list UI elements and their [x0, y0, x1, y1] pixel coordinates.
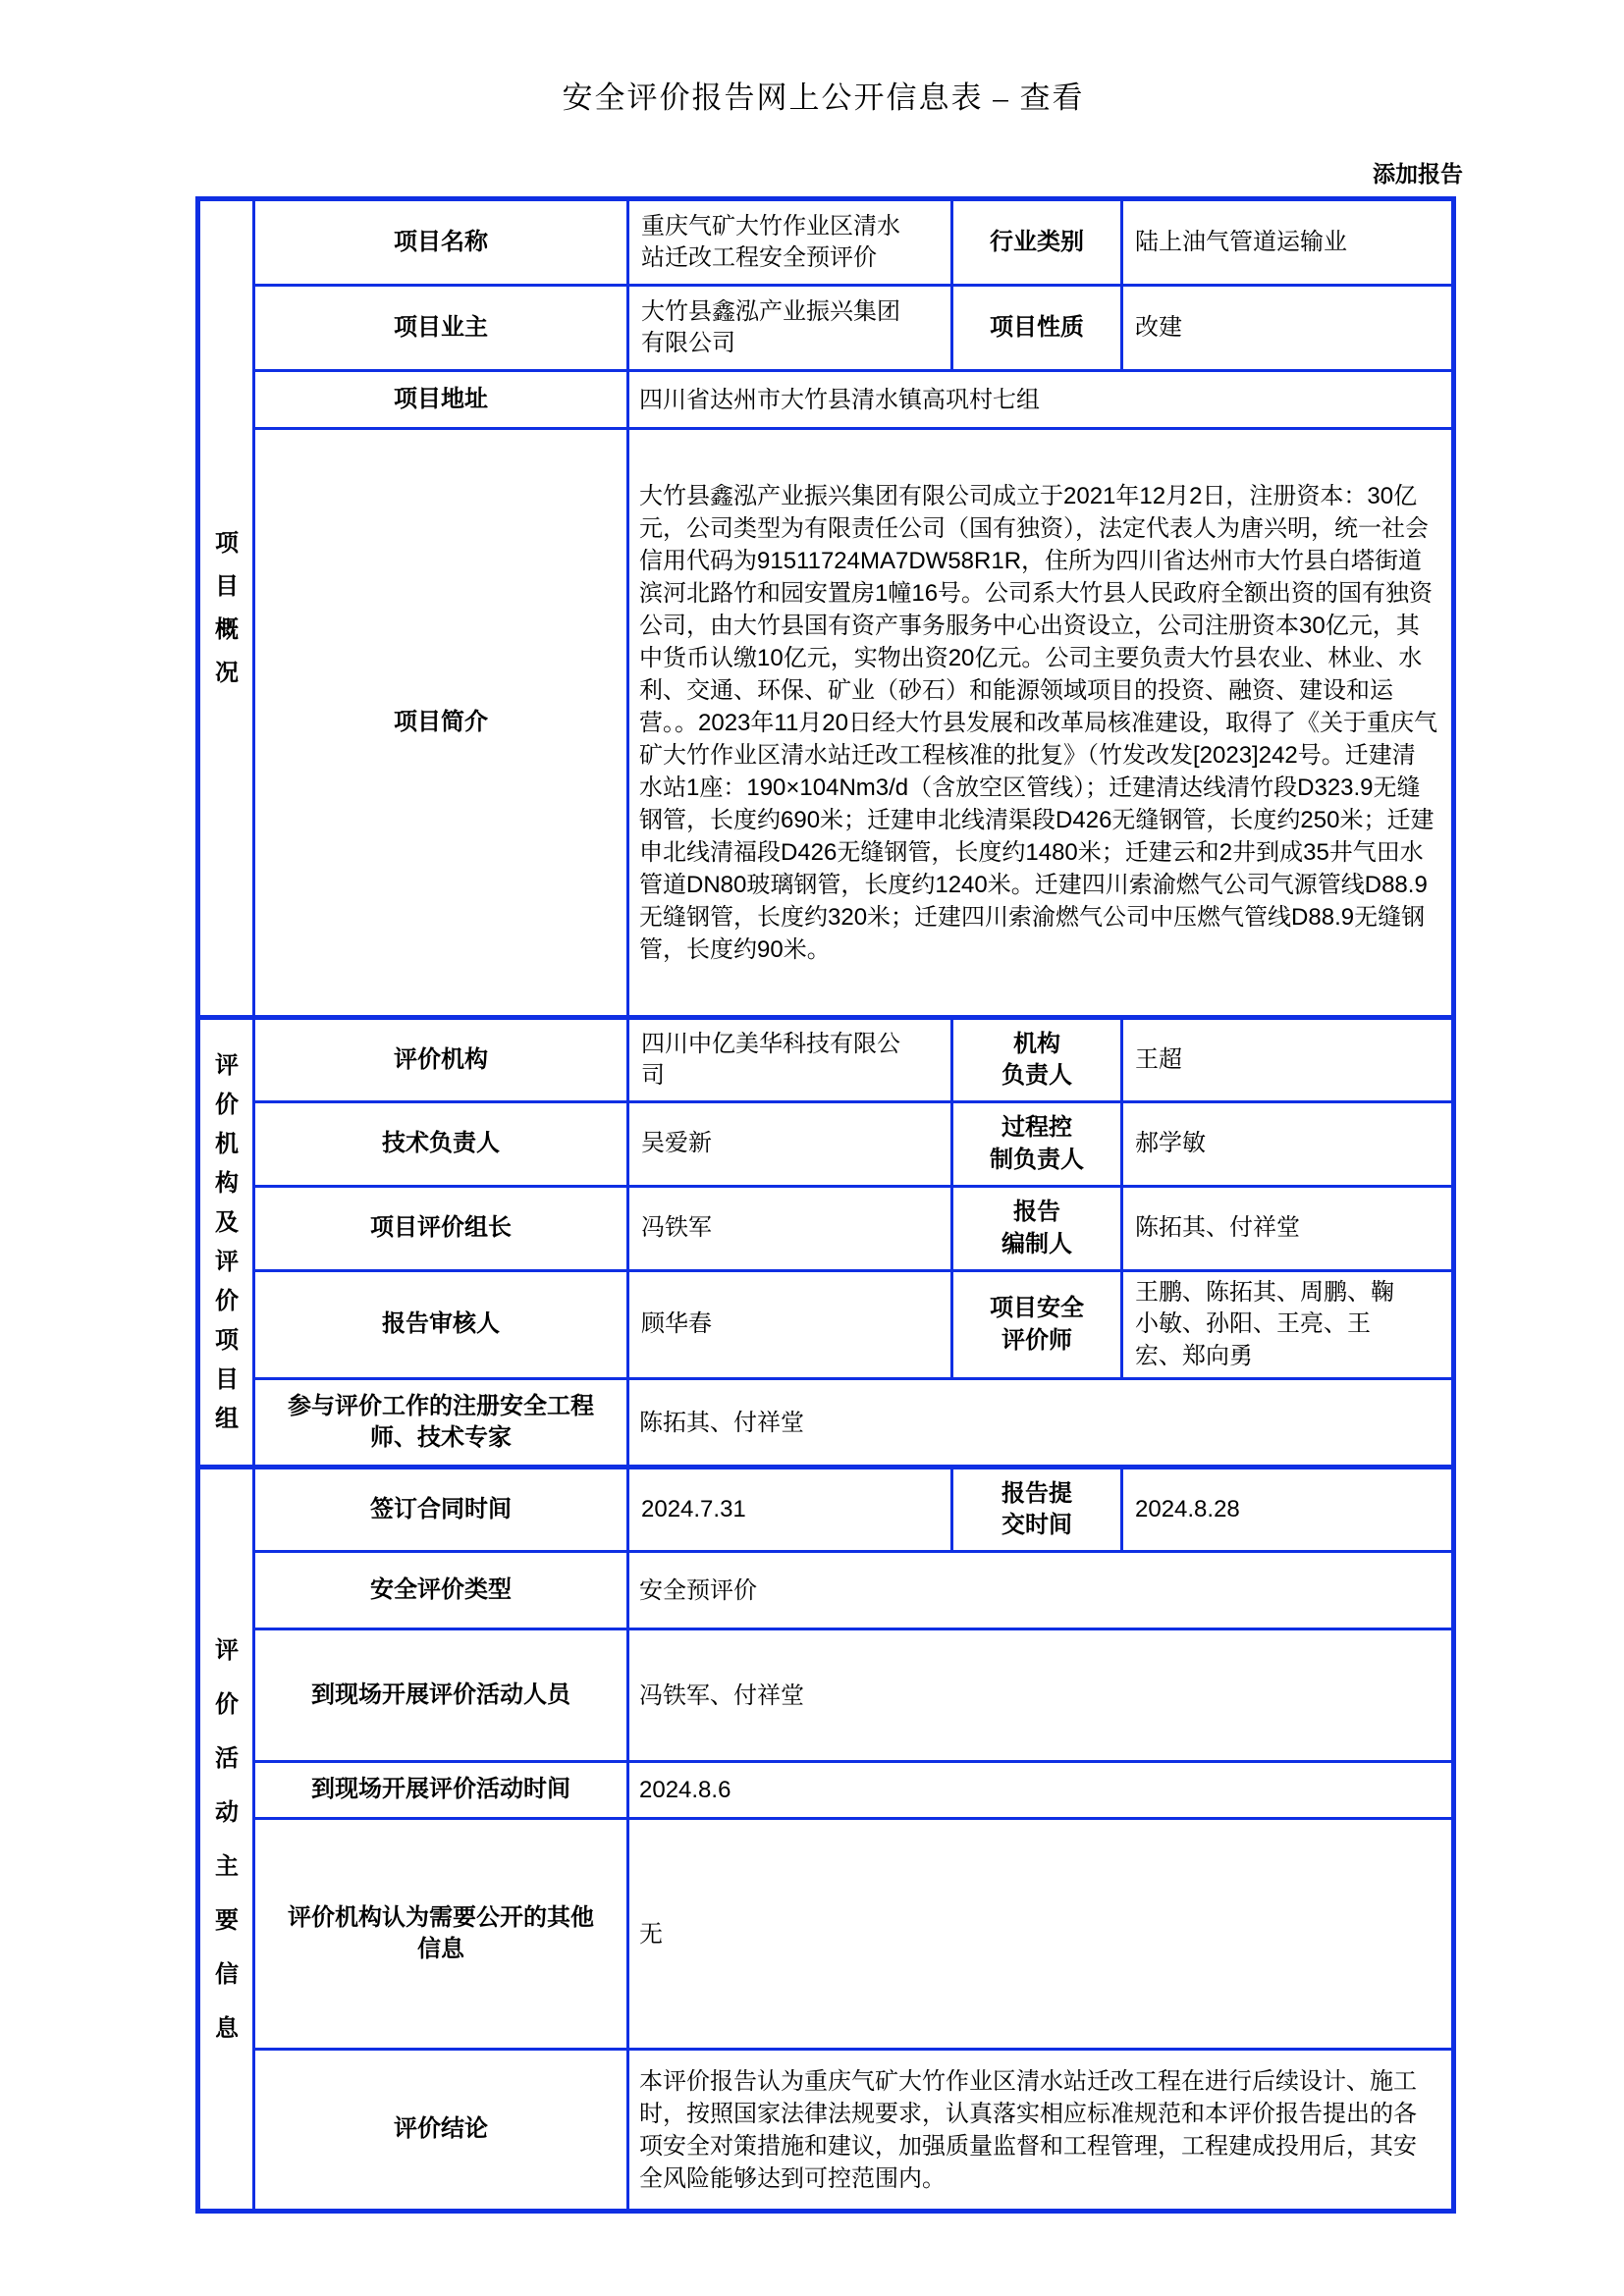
field-label-submit-time: 报告提 交时间 — [952, 1468, 1122, 1552]
field-value-evaluators: 王鹏、陈拓其、周鹏、鞠小敏、孙阳、王亮、王宏、郑向勇 — [1122, 1271, 1454, 1379]
field-label-other-info: 评价机构认为需要公开的其他信息 — [254, 1819, 628, 2050]
field-label-eval-type: 安全评价类型 — [254, 1552, 628, 1629]
field-label-intro: 项目简介 — [254, 429, 628, 1018]
field-label-conclusion: 评价结论 — [254, 2050, 628, 2212]
table-row: 到现场开展评价活动时间 2024.8.6 — [198, 1762, 1454, 1819]
field-value-owner: 大竹县鑫泓产业振兴集团有限公司 — [628, 286, 952, 371]
field-label-tech-head: 技术负责人 — [254, 1102, 628, 1187]
field-label-experts: 参与评价工作的注册安全工程师、技术专家 — [254, 1379, 628, 1468]
table-row: 安全评价类型 安全预评价 — [198, 1552, 1454, 1629]
field-label-process-head: 过程控 制负责人 — [952, 1102, 1122, 1187]
table-row: 项目地址 四川省达州市大竹县清水镇高巩村七组 — [198, 371, 1454, 429]
table-row: 项目简介 大竹县鑫泓产业振兴集团有限公司成立于2021年12月2日，注册资本：3… — [198, 429, 1454, 1018]
table-row: 到现场开展评价活动人员 冯铁军、付祥堂 — [198, 1629, 1454, 1762]
field-value-intro: 大竹县鑫泓产业振兴集团有限公司成立于2021年12月2日，注册资本：30亿元，公… — [628, 429, 1454, 1018]
page-container: 安全评价报告网上公开信息表 – 查看 添加报告 项目概况 项目名称 重庆气矿大竹… — [195, 0, 1451, 2214]
table-row: 评价机构及评价项目组 评价机构 四川中亿美华科技有限公司 机构 负责人 王超 — [198, 1018, 1454, 1102]
section-label-agency-team: 评价机构及评价项目组 — [198, 1018, 254, 1468]
field-label-site-people: 到现场开展评价活动人员 — [254, 1629, 628, 1762]
field-value-submit-time: 2024.8.28 — [1122, 1468, 1454, 1552]
field-value-other-info: 无 — [628, 1819, 1454, 2050]
field-label-project-name: 项目名称 — [254, 199, 628, 286]
field-value-process-head: 郝学敏 — [1122, 1102, 1454, 1187]
field-value-nature: 改建 — [1122, 286, 1454, 371]
table-row: 评价机构认为需要公开的其他信息 无 — [198, 1819, 1454, 2050]
table-row: 技术负责人 吴爱新 过程控 制负责人 郝学敏 — [198, 1102, 1454, 1187]
field-label-reviewer: 报告审核人 — [254, 1271, 628, 1379]
table-row: 项目概况 项目名称 重庆气矿大竹作业区清水站迁改工程安全预评价 行业类别 陆上油… — [198, 199, 1454, 286]
field-value-reviewer: 顾华春 — [628, 1271, 952, 1379]
field-label-address: 项目地址 — [254, 371, 628, 429]
field-value-agency-head: 王超 — [1122, 1018, 1454, 1102]
field-value-experts: 陈拓其、付祥堂 — [628, 1379, 1454, 1468]
table-row: 项目评价组长 冯铁军 报告 编制人 陈拓其、付祥堂 — [198, 1187, 1454, 1271]
field-value-site-people: 冯铁军、付祥堂 — [628, 1629, 1454, 1762]
field-label-contract-time: 签订合同时间 — [254, 1468, 628, 1552]
field-label-nature: 项目性质 — [952, 286, 1122, 371]
table-row: 评价活动主要信息 签订合同时间 2024.7.31 报告提 交时间 2024.8… — [198, 1468, 1454, 1552]
field-value-contract-time: 2024.7.31 — [628, 1468, 952, 1552]
table-row: 报告审核人 顾华春 项目安全 评价师 王鹏、陈拓其、周鹏、鞠小敏、孙阳、王亮、王… — [198, 1271, 1454, 1379]
section-label-activity-info: 评价活动主要信息 — [198, 1468, 254, 2212]
field-label-evaluators: 项目安全 评价师 — [952, 1271, 1122, 1379]
field-value-address: 四川省达州市大竹县清水镇高巩村七组 — [628, 371, 1454, 429]
field-value-tech-head: 吴爱新 — [628, 1102, 952, 1187]
table-row: 评价结论 本评价报告认为重庆气矿大竹作业区清水站迁改工程在进行后续设计、施工时，… — [198, 2050, 1454, 2212]
page-title: 安全评价报告网上公开信息表 – 查看 — [195, 73, 1451, 117]
field-value-industry: 陆上油气管道运输业 — [1122, 199, 1454, 286]
field-label-team-leader: 项目评价组长 — [254, 1187, 628, 1271]
section-label-project-overview: 项目概况 — [198, 199, 254, 1018]
field-label-agency: 评价机构 — [254, 1018, 628, 1102]
field-label-agency-head: 机构 负责人 — [952, 1018, 1122, 1102]
table-row: 参与评价工作的注册安全工程师、技术专家 陈拓其、付祥堂 — [198, 1379, 1454, 1468]
field-label-industry: 行业类别 — [952, 199, 1122, 286]
field-value-compiler: 陈拓其、付祥堂 — [1122, 1187, 1454, 1271]
field-value-agency: 四川中亿美华科技有限公司 — [628, 1018, 952, 1102]
add-report-button[interactable]: 添加报告 — [1373, 156, 1463, 188]
table-row: 项目业主 大竹县鑫泓产业振兴集团有限公司 项目性质 改建 — [198, 286, 1454, 371]
field-label-owner: 项目业主 — [254, 286, 628, 371]
field-value-conclusion: 本评价报告认为重庆气矿大竹作业区清水站迁改工程在进行后续设计、施工时，按照国家法… — [628, 2050, 1454, 2212]
field-value-site-time: 2024.8.6 — [628, 1762, 1454, 1819]
field-label-compiler: 报告 编制人 — [952, 1187, 1122, 1271]
field-value-team-leader: 冯铁军 — [628, 1187, 952, 1271]
field-label-site-time: 到现场开展评价活动时间 — [254, 1762, 628, 1819]
field-value-eval-type: 安全预评价 — [628, 1552, 1454, 1629]
field-value-project-name: 重庆气矿大竹作业区清水站迁改工程安全预评价 — [628, 199, 952, 286]
report-info-table: 项目概况 项目名称 重庆气矿大竹作业区清水站迁改工程安全预评价 行业类别 陆上油… — [195, 196, 1456, 2214]
